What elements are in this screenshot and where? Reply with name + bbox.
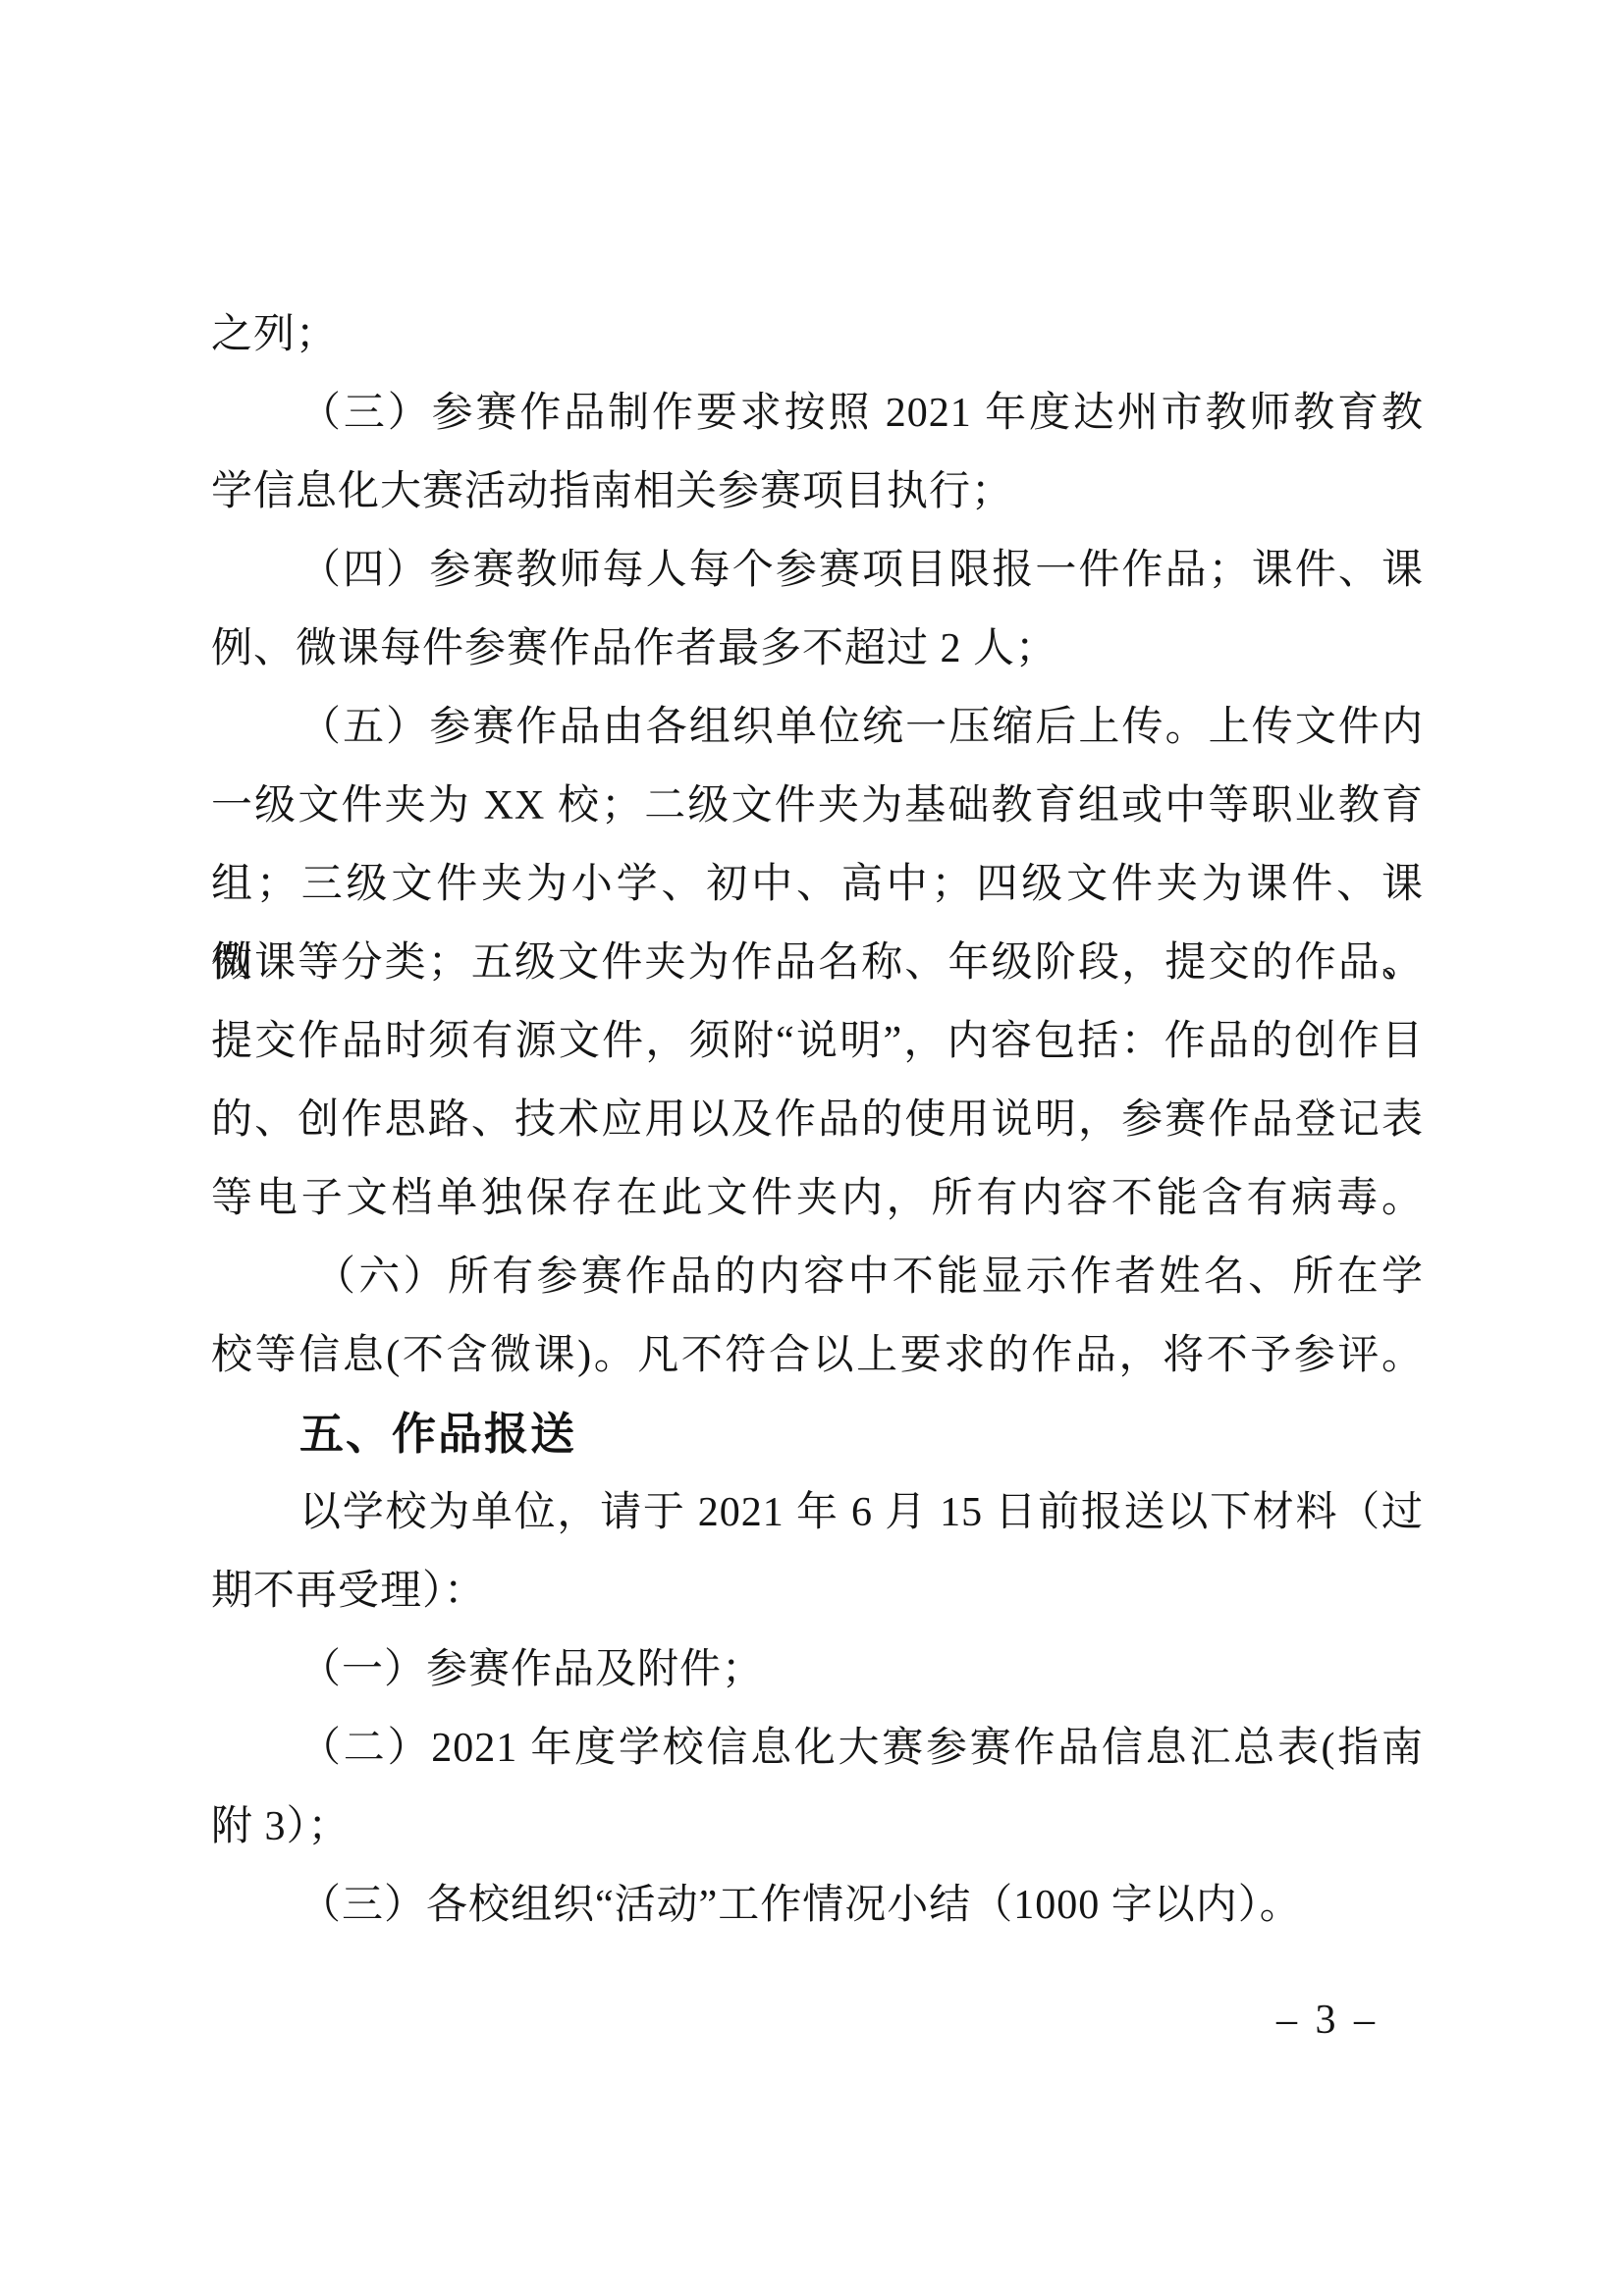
body-line-6-clause-5: （五）参赛作品由各组织单位统一压缩后上传。上传文件内 <box>211 688 1424 767</box>
body-line-19-item-2: （二）2021 年度学校信息化大赛参赛作品信息汇总表(指南 <box>211 1709 1424 1788</box>
body-line-2-clause-3: （三）参赛作品制作要求按照 2021 年度达州市教师教育教 <box>211 374 1424 453</box>
section-heading-5: 五、作品报送 <box>211 1395 1424 1473</box>
body-line-9: 微课等分类；五级文件夹为作品名称、年级阶段，提交的作品。 <box>211 924 1424 1002</box>
body-line-20: 附 3）； <box>211 1788 1424 1866</box>
body-line-5: 例、微课每件参赛作品作者最多不超过 2 人； <box>211 610 1424 688</box>
body-line-13-clause-6: （六）所有参赛作品的内容中不能显示作者姓名、所在学 <box>211 1238 1424 1316</box>
body-line-14: 校等信息(不含微课)。凡不符合以上要求的作品，将不予参评。 <box>211 1316 1424 1395</box>
body-line-1: 之列； <box>211 295 1424 374</box>
body-line-3: 学信息化大赛活动指南相关参赛项目执行； <box>211 453 1424 531</box>
body-line-18-item-1: （一）参赛作品及附件； <box>211 1630 1424 1709</box>
document-page: 之列； （三）参赛作品制作要求按照 2021 年度达州市教师教育教 学信息化大赛… <box>0 0 1624 2296</box>
page-number: – 3 – <box>1276 1991 1379 2050</box>
body-line-21-item-3: （三）各校组织“活动”工作情况小结（1000 字以内）。 <box>211 1866 1424 1945</box>
document-body: 之列； （三）参赛作品制作要求按照 2021 年度达州市教师教育教 学信息化大赛… <box>211 295 1424 1945</box>
body-line-7: 一级文件夹为 XX 校；二级文件夹为基础教育组或中等职业教育 <box>211 767 1424 845</box>
body-line-8: 组；三级文件夹为小学、初中、高中；四级文件夹为课件、课例、 <box>211 845 1424 924</box>
body-line-11: 的、创作思路、技术应用以及作品的使用说明，参赛作品登记表 <box>211 1081 1424 1159</box>
body-line-16: 以学校为单位，请于 2021 年 6 月 15 日前报送以下材料（过 <box>211 1473 1424 1552</box>
body-line-12: 等电子文档单独保存在此文件夹内，所有内容不能含有病毒。 <box>211 1159 1424 1238</box>
body-line-17: 期不再受理）： <box>211 1552 1424 1630</box>
body-line-10: 提交作品时须有源文件，须附“说明”，内容包括：作品的创作目 <box>211 1002 1424 1081</box>
body-line-4-clause-4: （四）参赛教师每人每个参赛项目限报一件作品；课件、课 <box>211 531 1424 610</box>
